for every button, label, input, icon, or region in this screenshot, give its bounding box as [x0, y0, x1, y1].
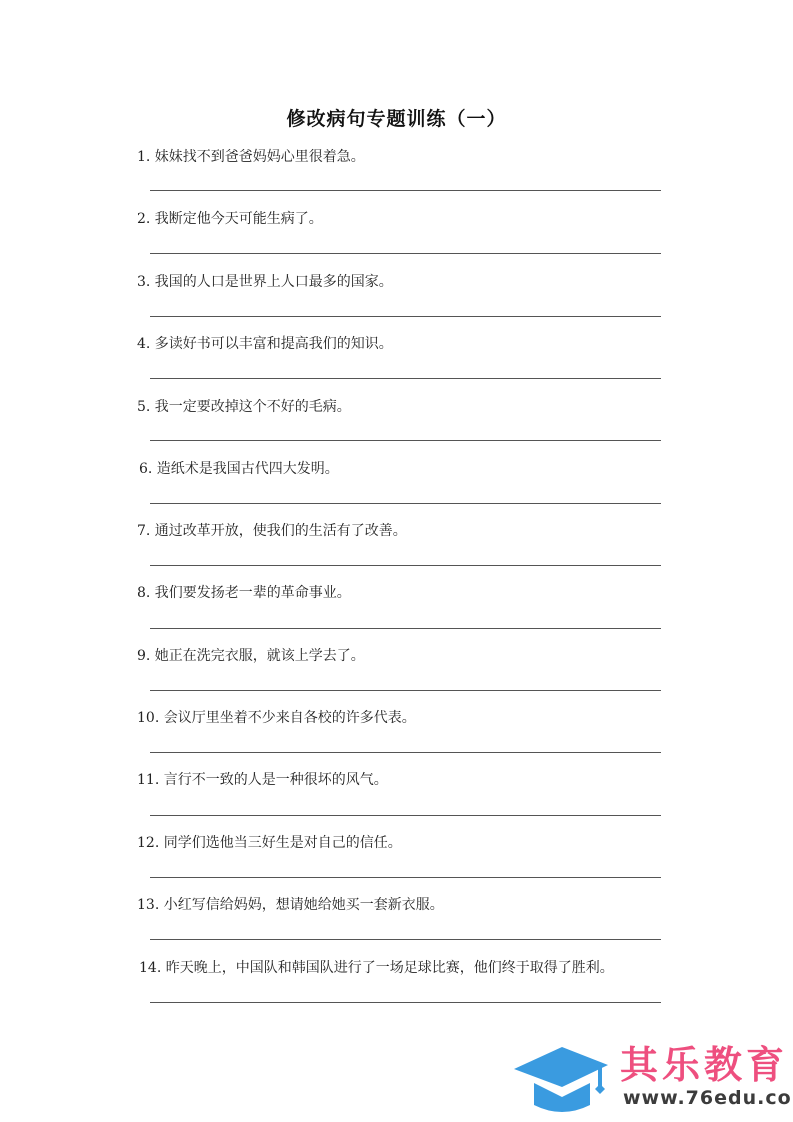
answer-line-6[interactable] — [150, 503, 661, 504]
answer-line-4[interactable] — [150, 378, 661, 379]
answer-line-3[interactable] — [150, 316, 661, 317]
question-3: 3. 我国的人口是世界上人口最多的国家。 — [137, 271, 393, 291]
answer-line-12[interactable] — [150, 877, 661, 878]
answer-line-11[interactable] — [150, 815, 661, 816]
question-2: 2. 我断定他今天可能生病了。 — [137, 208, 323, 228]
answer-line-5[interactable] — [150, 440, 661, 441]
graduation-cap-icon — [510, 1043, 610, 1115]
question-6: 6. 造纸术是我国古代四大发明。 — [139, 458, 339, 478]
answer-line-7[interactable] — [150, 565, 661, 566]
question-4: 4. 多读好书可以丰富和提高我们的知识。 — [137, 333, 393, 353]
question-5: 5. 我一定要改掉这个不好的毛病。 — [137, 396, 351, 416]
answer-line-13[interactable] — [150, 939, 661, 940]
question-13: 13. 小红写信给妈妈，想请她给她买一套新衣服。 — [137, 894, 444, 914]
answer-line-2[interactable] — [150, 253, 661, 254]
answer-line-14[interactable] — [150, 1002, 661, 1003]
watermark-logo: 其乐教育 www.76edu.com — [510, 1043, 793, 1122]
question-10: 10. 会议厅里坐着不少来自各校的许多代表。 — [137, 707, 416, 727]
answer-line-1[interactable] — [150, 190, 661, 191]
question-7: 7. 通过改革开放，使我们的生活有了改善。 — [137, 520, 407, 540]
answer-line-8[interactable] — [150, 628, 661, 629]
answer-line-9[interactable] — [150, 690, 661, 691]
question-12: 12. 同学们选他当三好生是对自己的信任。 — [137, 832, 402, 852]
question-11: 11. 言行不一致的人是一种很坏的风气。 — [137, 769, 388, 789]
question-8: 8. 我们要发扬老一辈的革命事业。 — [137, 582, 351, 602]
brand-url: www.76edu.com — [623, 1087, 793, 1109]
question-1: 1. 妹妹找不到爸爸妈妈心里很着急。 — [137, 146, 365, 166]
brand-name: 其乐教育 — [620, 1043, 788, 1087]
question-9: 9. 她正在洗完衣服，就该上学去了。 — [137, 645, 365, 665]
question-14: 14. 昨天晚上，中国队和韩国队进行了一场足球比赛，他们终于取得了胜利。 — [139, 957, 614, 977]
page-title: 修改病句专题训练（一） — [0, 104, 793, 131]
answer-line-10[interactable] — [150, 752, 661, 753]
